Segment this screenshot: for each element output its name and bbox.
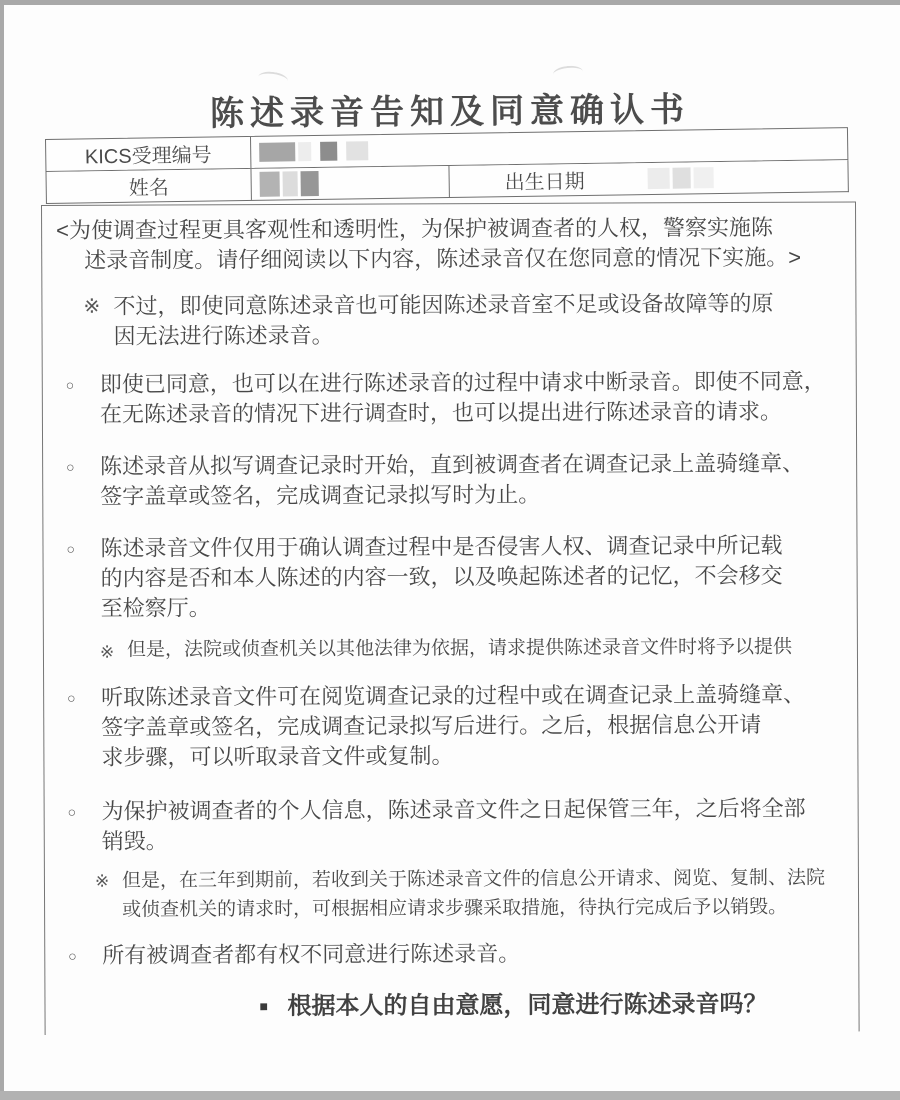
consent-question-text: 根据本人的自由意愿，同意进行陈述录音吗？ bbox=[287, 988, 767, 1023]
note-text: 但是，法院或侦查机关以其他法律为依据，请求提供陈述录音文件时将予以提供 bbox=[127, 634, 857, 663]
kics-number-value-redacted bbox=[251, 135, 371, 168]
notice-item: ○ 听取陈述录音文件可在阅览调查记录的过程中或在调查记录上盖骑缝章、 签字盖章或… bbox=[67, 679, 857, 772]
scan-smudge bbox=[552, 64, 583, 81]
reference-mark-icon: ※ bbox=[95, 867, 122, 896]
item-text: 所有被调查者都有权不同意进行陈述录音。 bbox=[102, 937, 858, 970]
item-text: 为保护被调查者的个人信息，陈述录音文件之日起保管三年，之后将全部 销毁。 bbox=[102, 793, 858, 856]
circle-bullet-icon: ○ bbox=[66, 534, 100, 564]
intro-paragraph: <为使调查过程更具客观性和透明性，为保护被调查者的人权，警察实施陈 述录音制度。… bbox=[42, 212, 855, 276]
note-text: 不过，即使同意陈述录音也可能因陈述录音室不足或设备故障等的原 因无法进行陈述录音… bbox=[113, 288, 855, 351]
dob-value-redacted bbox=[639, 162, 716, 194]
name-value-redacted bbox=[251, 166, 449, 200]
consent-question: ■ 根据本人的自由意愿，同意进行陈述录音吗？ bbox=[259, 987, 858, 1023]
scan-edge-bottom bbox=[0, 1091, 900, 1100]
redaction-block bbox=[693, 167, 713, 188]
kics-number-label: KICS受理编号 bbox=[46, 137, 251, 171]
dob-label: 出生日期 bbox=[449, 163, 639, 197]
notice-item: ○ 所有被调查者都有权不同意进行陈述录音。 bbox=[68, 937, 858, 970]
reference-mark-icon: ※ bbox=[83, 292, 113, 322]
redaction-block bbox=[647, 168, 669, 189]
redaction-block bbox=[320, 142, 337, 161]
notice-item: ○ 陈述录音文件仅用于确认调查过程中是否侵害人权、调查记录中所记载 的内容是否和… bbox=[66, 530, 856, 623]
notice-note: ※ 但是，在三年到期前，若收到关于陈述录音文件的信息公开请求、阅览、复制、法院 … bbox=[95, 863, 858, 924]
square-bullet-icon: ■ bbox=[259, 990, 287, 1023]
reference-mark-icon: ※ bbox=[100, 638, 127, 667]
intro-line-2: 述录音制度。请仔细阅读以下内容，陈述录音仅在您同意的情况下实施。> bbox=[56, 242, 855, 275]
scanned-document-page: { "document": { "title": "陈述录音告知及同意确认书",… bbox=[0, 0, 900, 1100]
notice-item: ○ 即使已同意，也可以在进行陈述录音的过程中请求中断录音。即使不同意， 在无陈述… bbox=[66, 366, 856, 429]
redaction-block bbox=[259, 142, 295, 162]
name-label: 姓名 bbox=[46, 169, 251, 203]
header-table: KICS受理编号 姓名 出生日期 bbox=[45, 127, 849, 204]
redaction-block bbox=[260, 172, 280, 197]
redaction-block bbox=[672, 167, 690, 188]
redaction-block bbox=[346, 141, 368, 160]
notice-item: ○ 为保护被调查者的个人信息，陈述录音文件之日起保管三年，之后将全部 销毁。 bbox=[68, 793, 858, 856]
scan-edge-top bbox=[0, 0, 900, 5]
redaction-block bbox=[283, 171, 298, 196]
circle-bullet-icon: ○ bbox=[68, 797, 102, 827]
circle-bullet-icon: ○ bbox=[68, 941, 102, 971]
notice-item: ○ 陈述录音从拟写调查记录时开始，直到被调查者在调查记录上盖骑缝章、 签字盖章或… bbox=[66, 448, 856, 511]
note-text: 但是，在三年到期前，若收到关于陈述录音文件的信息公开请求、阅览、复制、法院 或侦… bbox=[122, 863, 858, 924]
item-text: 陈述录音文件仅用于确认调查过程中是否侵害人权、调查记录中所记载 的内容是否和本人… bbox=[100, 530, 856, 623]
notice-content-box: <为使调查过程更具客观性和透明性，为保护被调查者的人权，警察实施陈 述录音制度。… bbox=[41, 201, 860, 1035]
item-text: 陈述录音从拟写调查记录时开始，直到被调查者在调查记录上盖骑缝章、 签字盖章或签名… bbox=[100, 448, 856, 511]
redaction-block bbox=[298, 142, 311, 161]
notice-note: ※ 但是，法院或侦查机关以其他法律为依据，请求提供陈述录音文件时将予以提供 bbox=[100, 634, 857, 666]
circle-bullet-icon: ○ bbox=[67, 683, 101, 713]
item-text: 听取陈述录音文件可在阅览调查记录的过程中或在调查记录上盖骑缝章、 签字盖章或签名… bbox=[101, 679, 857, 772]
scan-edge-left bbox=[0, 0, 4, 1100]
item-text: 即使已同意，也可以在进行陈述录音的过程中请求中断录音。即使不同意， 在无陈述录音… bbox=[100, 366, 856, 429]
intro-line-1: <为使调查过程更具客观性和透明性，为保护被调查者的人权，警察实施陈 bbox=[56, 212, 855, 245]
notice-note: ※ 不过，即使同意陈述录音也可能因陈述录音室不足或设备故障等的原 因无法进行陈述… bbox=[83, 288, 855, 351]
circle-bullet-icon: ○ bbox=[66, 452, 100, 482]
redaction-block bbox=[301, 171, 319, 196]
circle-bullet-icon: ○ bbox=[66, 370, 100, 400]
